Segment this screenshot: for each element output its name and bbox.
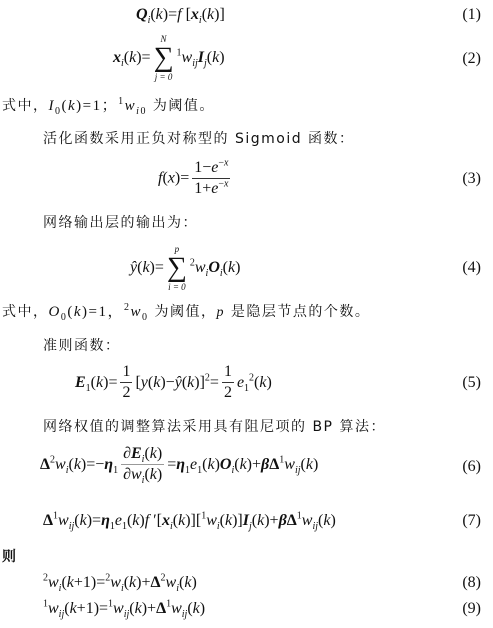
summation-symbol: N∑j = 0 <box>154 34 174 82</box>
fraction: 1−e−x1+e−x <box>192 158 230 199</box>
equation-9-body: 1wij(k+1)=1wij(k)+Δ1wij(k) <box>43 600 205 618</box>
then-label: 则 <box>2 546 18 566</box>
equation-7-body: Δ1wij(k)=η1e1(k)f ′[xi(k)][1wi(k)]Ij(k)+… <box>43 512 336 530</box>
equation-6-body: Δ2wi(k)=−η1∂Ei(k)∂wi(k)=η1e1(k)Oi(k)+βΔ1… <box>40 444 318 485</box>
equation-5-body: E1(k)=12[y(k)−ŷ(k)]2=12e12(k) <box>75 362 272 403</box>
equation-number: (2) <box>462 50 481 68</box>
equation-2-body: xi(k)=N∑j = 01wijIj(k) <box>113 34 225 82</box>
equation-8-body: 2wi(k+1)=2wi(k)+Δ2wi(k) <box>43 574 197 592</box>
equation-number: (6) <box>462 458 481 476</box>
equation-3-body: f(x)=1−e−x1+e−x <box>158 158 233 199</box>
summation-symbol: p∑i = 0 <box>167 244 187 292</box>
sigmoid-intro: 活化函数采用正负对称型的 Sigmoid 函数： <box>43 128 355 148</box>
equation-number: (4) <box>462 259 481 277</box>
equation-number: (8) <box>462 574 481 592</box>
where-suffix: 为阈值。 <box>153 98 215 114</box>
equation-5: E1(k)=12[y(k)−ŷ(k)]2=12e12(k) (5) <box>0 362 493 408</box>
where-clause-2: 式中，O0(k)=1，2w0 为阈值，p 是隐层节点的个数。 <box>2 300 370 321</box>
output-intro: 网络输出层的输出为： <box>43 212 198 232</box>
equation-4: ŷ(k)=p∑i = 02wiOi(k) (4) <box>0 244 493 294</box>
equation-1-body: Qi(k)=f [xi(k)] <box>136 6 225 24</box>
criterion-intro: 准则函数： <box>43 335 121 355</box>
where-label: 式中， <box>2 98 49 114</box>
where-clause-1: 式中，I0(k)=1；1wi0 为阈值。 <box>2 94 215 115</box>
where-suffix: 是隐层节点的个数。 <box>231 304 371 320</box>
equation-number: (3) <box>462 170 481 188</box>
bp-algorithm-intro: 网络权值的调整算法采用具有阻尼项的 BP 算法： <box>43 416 386 436</box>
equation-number: (7) <box>462 512 481 530</box>
where-label: 式中， <box>2 304 49 320</box>
equation-number: (1) <box>462 6 481 24</box>
equation-3: f(x)=1−e−x1+e−x (3) <box>0 158 493 204</box>
variable-p: p <box>216 305 225 320</box>
equation-2: xi(k)=N∑j = 01wijIj(k) (2) <box>0 34 493 88</box>
where-mid: 为阈值， <box>154 304 216 320</box>
equation-4-body: ŷ(k)=p∑i = 02wiOi(k) <box>130 244 240 292</box>
equation-number: (9) <box>462 600 481 618</box>
equation-number: (5) <box>462 374 481 392</box>
equation-6: Δ2wi(k)=−η1∂Ei(k)∂wi(k)=η1e1(k)Oi(k)+βΔ1… <box>0 444 493 494</box>
